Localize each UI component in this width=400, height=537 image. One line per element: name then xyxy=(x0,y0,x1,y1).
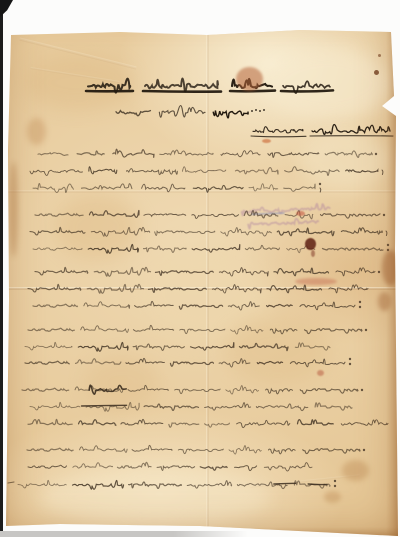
attribution-orange-mark xyxy=(262,139,271,143)
rust-ring-over-title xyxy=(236,67,263,91)
scan-bottom-strip xyxy=(0,531,248,537)
bottom-stain-2 xyxy=(324,491,341,503)
fly-speck-1 xyxy=(374,70,379,75)
photo-of-manuscript xyxy=(0,0,400,537)
bottom-stain-1 xyxy=(342,460,369,481)
right-edge-stain-1 xyxy=(382,250,399,286)
ink-blot-drip xyxy=(311,250,315,257)
left-edge-streak xyxy=(9,162,18,257)
red-streak xyxy=(295,278,337,285)
stamp-red-mark xyxy=(296,211,305,216)
top-left-stain xyxy=(27,118,46,145)
red-dot xyxy=(317,370,324,376)
stain-layer xyxy=(0,0,400,537)
ink-blot xyxy=(305,238,316,250)
right-edge-stain-2 xyxy=(378,292,391,311)
scanner-edge-strip xyxy=(0,0,3,537)
fly-speck-2 xyxy=(378,54,381,57)
paper-sheet xyxy=(0,0,400,537)
scanner-corner-mark xyxy=(0,0,13,17)
